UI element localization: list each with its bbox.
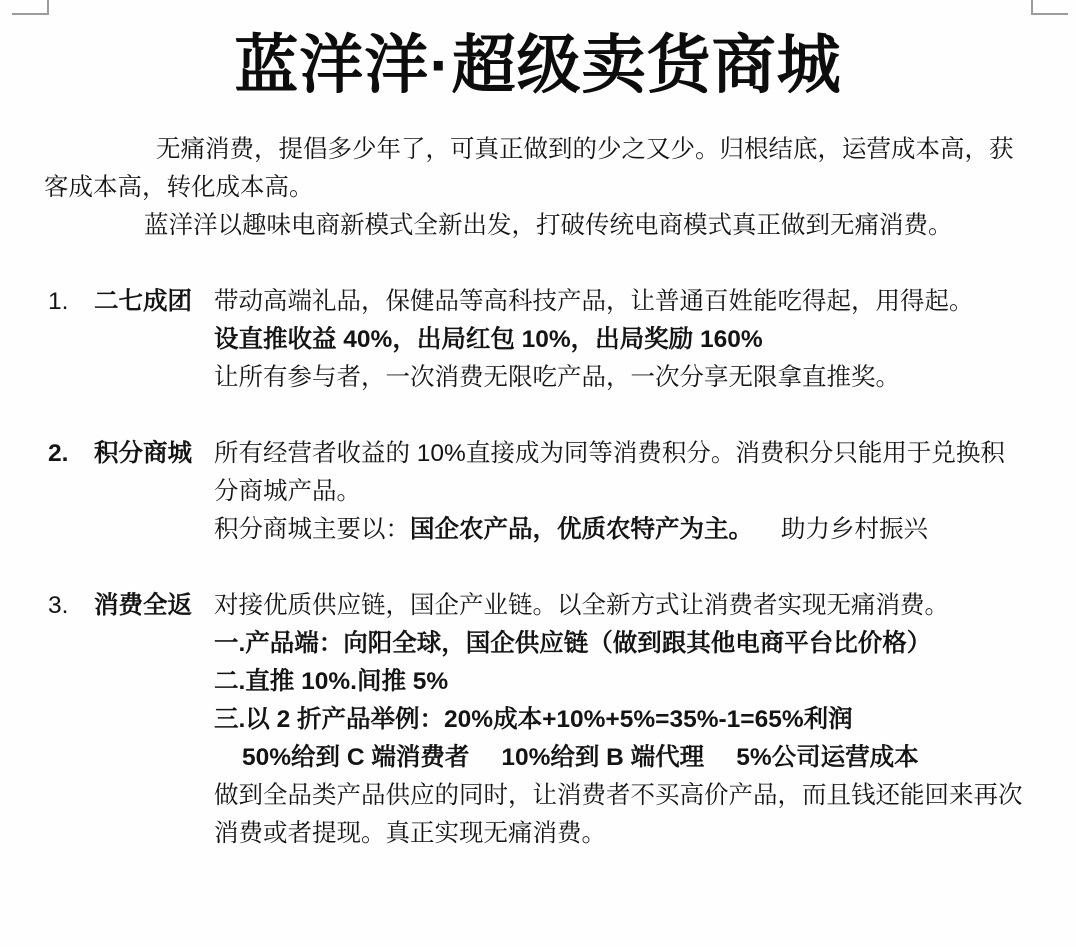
item-2-number: 2. <box>44 435 94 473</box>
item-2-heading: 积分商城 <box>94 435 214 473</box>
item-1-number: 1. <box>44 283 94 321</box>
item-2-line-2-suffix: 助力乡村振兴 <box>781 516 928 543</box>
item-1-line-3: 让所有参与者，一次消费无限吃产品，一次分享无限拿直推奖。 <box>214 359 1026 397</box>
item-2-line-2-bold: 国企农产品，优质农特产为主。 <box>410 516 753 543</box>
item-3-line-5-col-3: 5%公司运营成本 <box>736 744 918 771</box>
item-3-heading: 消费全返 <box>94 587 214 625</box>
corner-mark-left-icon <box>12 0 49 15</box>
item-3-line-6: 做到全品类产品供应的同时，让消费者不买高价产品，而且钱还能回来再次消费或者提现。… <box>214 777 1026 853</box>
item-3-line-4: 三.以 2 折产品举例：20%成本+10%+5%=35%-1=65%利润 <box>214 701 1026 739</box>
document-page: 蓝洋洋·超级卖货商城 无痛消费，提倡多少年了，可真正做到的少之又少。归根结底，运… <box>0 0 1076 947</box>
item-2-body: 所有经营者收益的 10%直接成为同等消费积分。消费积分只能用于兑换积分商城产品。… <box>214 435 1026 549</box>
list-item-2: 2. 积分商城 所有经营者收益的 10%直接成为同等消费积分。消费积分只能用于兑… <box>44 435 1076 549</box>
item-1-body: 带动高端礼品，保健品等高科技产品，让普通百姓能吃得起，用得起。 设直推收益 40… <box>214 283 1026 397</box>
item-1-line-2: 设直推收益 40%，出局红包 10%，出局奖励 160% <box>214 321 1026 359</box>
list-item-1: 1. 二七成团 带动高端礼品，保健品等高科技产品，让普通百姓能吃得起，用得起。 … <box>44 283 1076 397</box>
item-2-line-2: 积分商城主要以：国企农产品，优质农特产为主。助力乡村振兴 <box>214 511 1026 549</box>
item-3-line-3: 二.直推 10%.间推 5% <box>214 663 1026 701</box>
item-1-line-1: 带动高端礼品，保健品等高科技产品，让普通百姓能吃得起，用得起。 <box>214 283 1026 321</box>
item-1-heading: 二七成团 <box>94 283 214 321</box>
page-title: 蓝洋洋·超级卖货商城 <box>44 24 1032 107</box>
item-3-line-2: 一.产品端：向阳全球，国企供应链（做到跟其他电商平台比价格） <box>214 625 1026 663</box>
item-2-paragraph-1: 所有经营者收益的 10%直接成为同等消费积分。消费积分只能用于兑换积分商城产品。 <box>214 435 1026 511</box>
item-3-line-5-col-1: 50%给到 C 端消费者 <box>242 744 469 771</box>
corner-mark-right-icon <box>1031 0 1068 15</box>
item-3-number: 3. <box>44 587 94 625</box>
item-3-line-5: 50%给到 C 端消费者10%给到 B 端代理5%公司运营成本 <box>214 739 1026 777</box>
intro-paragraph-2: 蓝洋洋以趣味电商新模式全新出发，打破传统电商模式真正做到无痛消费。 <box>44 207 1019 245</box>
item-3-line-5-col-2: 10%给到 B 端代理 <box>501 744 704 771</box>
item-3-body: 对接优质供应链，国企产业链。以全新方式让消费者实现无痛消费。 一.产品端：向阳全… <box>214 587 1026 853</box>
item-3-line-1: 对接优质供应链，国企产业链。以全新方式让消费者实现无痛消费。 <box>214 587 1026 625</box>
list-item-3: 3. 消费全返 对接优质供应链，国企产业链。以全新方式让消费者实现无痛消费。 一… <box>44 587 1076 853</box>
intro-paragraph-1: 无痛消费，提倡多少年了，可真正做到的少之又少。归根结底，运营成本高，获客成本高，… <box>44 131 1019 207</box>
item-2-line-2-prefix: 积分商城主要以： <box>214 516 410 543</box>
